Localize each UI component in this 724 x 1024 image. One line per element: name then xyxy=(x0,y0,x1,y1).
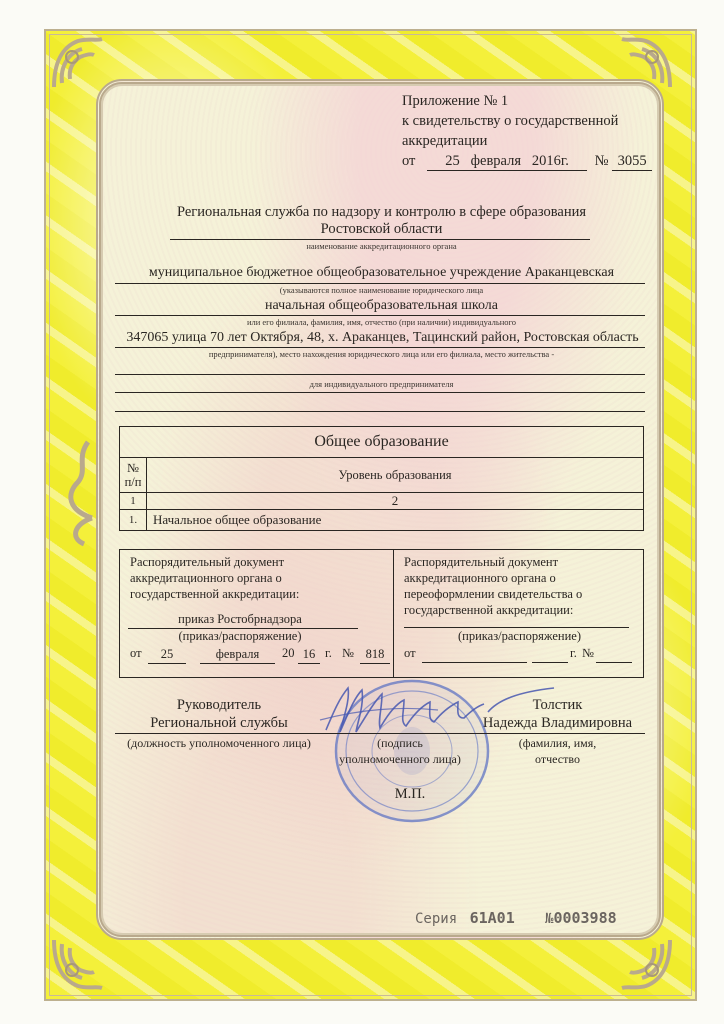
signatory-position-caption: (должность уполномоченного лица) xyxy=(119,735,319,751)
organization-underline-4 xyxy=(115,374,645,375)
organization-underline-3 xyxy=(115,347,645,348)
column-number-2: 2 xyxy=(147,493,644,510)
organization-underline-5 xyxy=(115,392,645,393)
reissue-year-underline xyxy=(532,662,568,663)
reissue-document-caption: (приказ/распоряжение) xyxy=(394,629,645,644)
organization-underline-1 xyxy=(115,283,645,284)
accreditation-order-box: Распорядительный документ аккредитационн… xyxy=(119,549,393,678)
appendix-subtitle: к свидетельству о государственной xyxy=(402,111,652,131)
appendix-date: 25 февраля 2016г. xyxy=(427,153,587,171)
appendix-number-label: № xyxy=(595,153,609,169)
signatory-position-line1: Руководитель xyxy=(119,697,319,714)
row-number: 1. xyxy=(120,510,147,531)
order-box-heading: Распорядительный документ аккредитационн… xyxy=(130,554,330,602)
table-row: 1. Начальное общее образование xyxy=(120,510,644,531)
order-document-name: приказ Ростобрнадзора xyxy=(120,612,360,627)
order-number-label: № xyxy=(342,646,354,661)
column-number-1: 1 xyxy=(120,493,147,510)
order-month: февраля xyxy=(200,646,275,664)
serial-number-value: 0003988 xyxy=(553,909,616,927)
order-year-label: г. xyxy=(325,646,332,661)
order-number: 818 xyxy=(360,646,390,664)
appendix-title: Приложение № 1 xyxy=(402,91,652,111)
signature-caption-2: уполномоченного лица) xyxy=(330,751,470,767)
education-levels-table: Общее образование № п/п Уровень образова… xyxy=(119,426,644,531)
reissue-from-label: от xyxy=(404,646,416,661)
reissue-number-underline xyxy=(596,662,632,663)
organization-caption-4: для индивидуального предпринимателя xyxy=(119,379,644,389)
organization-underline-6 xyxy=(115,411,645,412)
reissue-box-heading: Распорядительный документ аккредитационн… xyxy=(404,554,604,618)
education-table-title: Общее образование xyxy=(120,427,644,458)
column-header-number: № п/п xyxy=(120,458,147,493)
organization-underline-2 xyxy=(115,315,645,316)
order-year-suffix: 16 xyxy=(298,646,320,664)
seal-label: М.П. xyxy=(370,786,450,803)
organization-caption-3: предпринимателя), место нахождения юриди… xyxy=(119,349,644,359)
organization-name-line2: начальная общеобразовательная школа xyxy=(119,298,644,314)
organization-caption-2: или его филиала, фамилия, имя, отчество … xyxy=(119,317,644,327)
organization-address: 347065 улица 70 лет Октября, 48, х. Арак… xyxy=(115,330,650,346)
series-value: 61А01 xyxy=(470,909,515,927)
authority-caption: наименование аккредитационного органа xyxy=(119,241,644,251)
name-caption-2: отчество xyxy=(470,751,645,767)
order-document-caption: (приказ/распоряжение) xyxy=(120,629,360,644)
reissue-document-underline xyxy=(404,627,629,628)
organization-name-line1: муниципальное бюджетное общеобразователь… xyxy=(119,265,644,281)
handwritten-signature xyxy=(318,680,558,740)
authority-name-line1: Региональная служба по надзору и контрол… xyxy=(119,204,644,221)
column-header-level: Уровень образования xyxy=(147,458,644,493)
series-label: Серия xyxy=(415,911,457,927)
appendix-from-label: от xyxy=(402,153,415,169)
order-from-label: от xyxy=(130,646,142,661)
appendix-subtitle-2: аккредитации xyxy=(402,131,652,151)
appendix-number: 3055 xyxy=(612,153,652,171)
order-year-prefix: 20 xyxy=(282,646,295,661)
reissue-year-label: г. xyxy=(570,646,577,661)
authority-underline xyxy=(170,239,590,240)
signatory-position-line2: Региональной службы xyxy=(119,715,319,732)
reissue-date-underline xyxy=(422,662,527,663)
row-education-level: Начальное общее образование xyxy=(147,510,644,531)
order-day: 25 xyxy=(148,646,186,664)
reissue-number-label: № xyxy=(582,646,594,661)
authority-name-line2: Ростовской области xyxy=(119,221,644,238)
certificate-appendix-document: Приложение № 1 к свидетельству о государ… xyxy=(0,0,724,1024)
appendix-header: Приложение № 1 к свидетельству о государ… xyxy=(402,91,652,171)
organization-caption-1: (указываются полное наименование юридиче… xyxy=(119,285,644,295)
reissue-order-box: Распорядительный документ аккредитационн… xyxy=(393,549,644,678)
